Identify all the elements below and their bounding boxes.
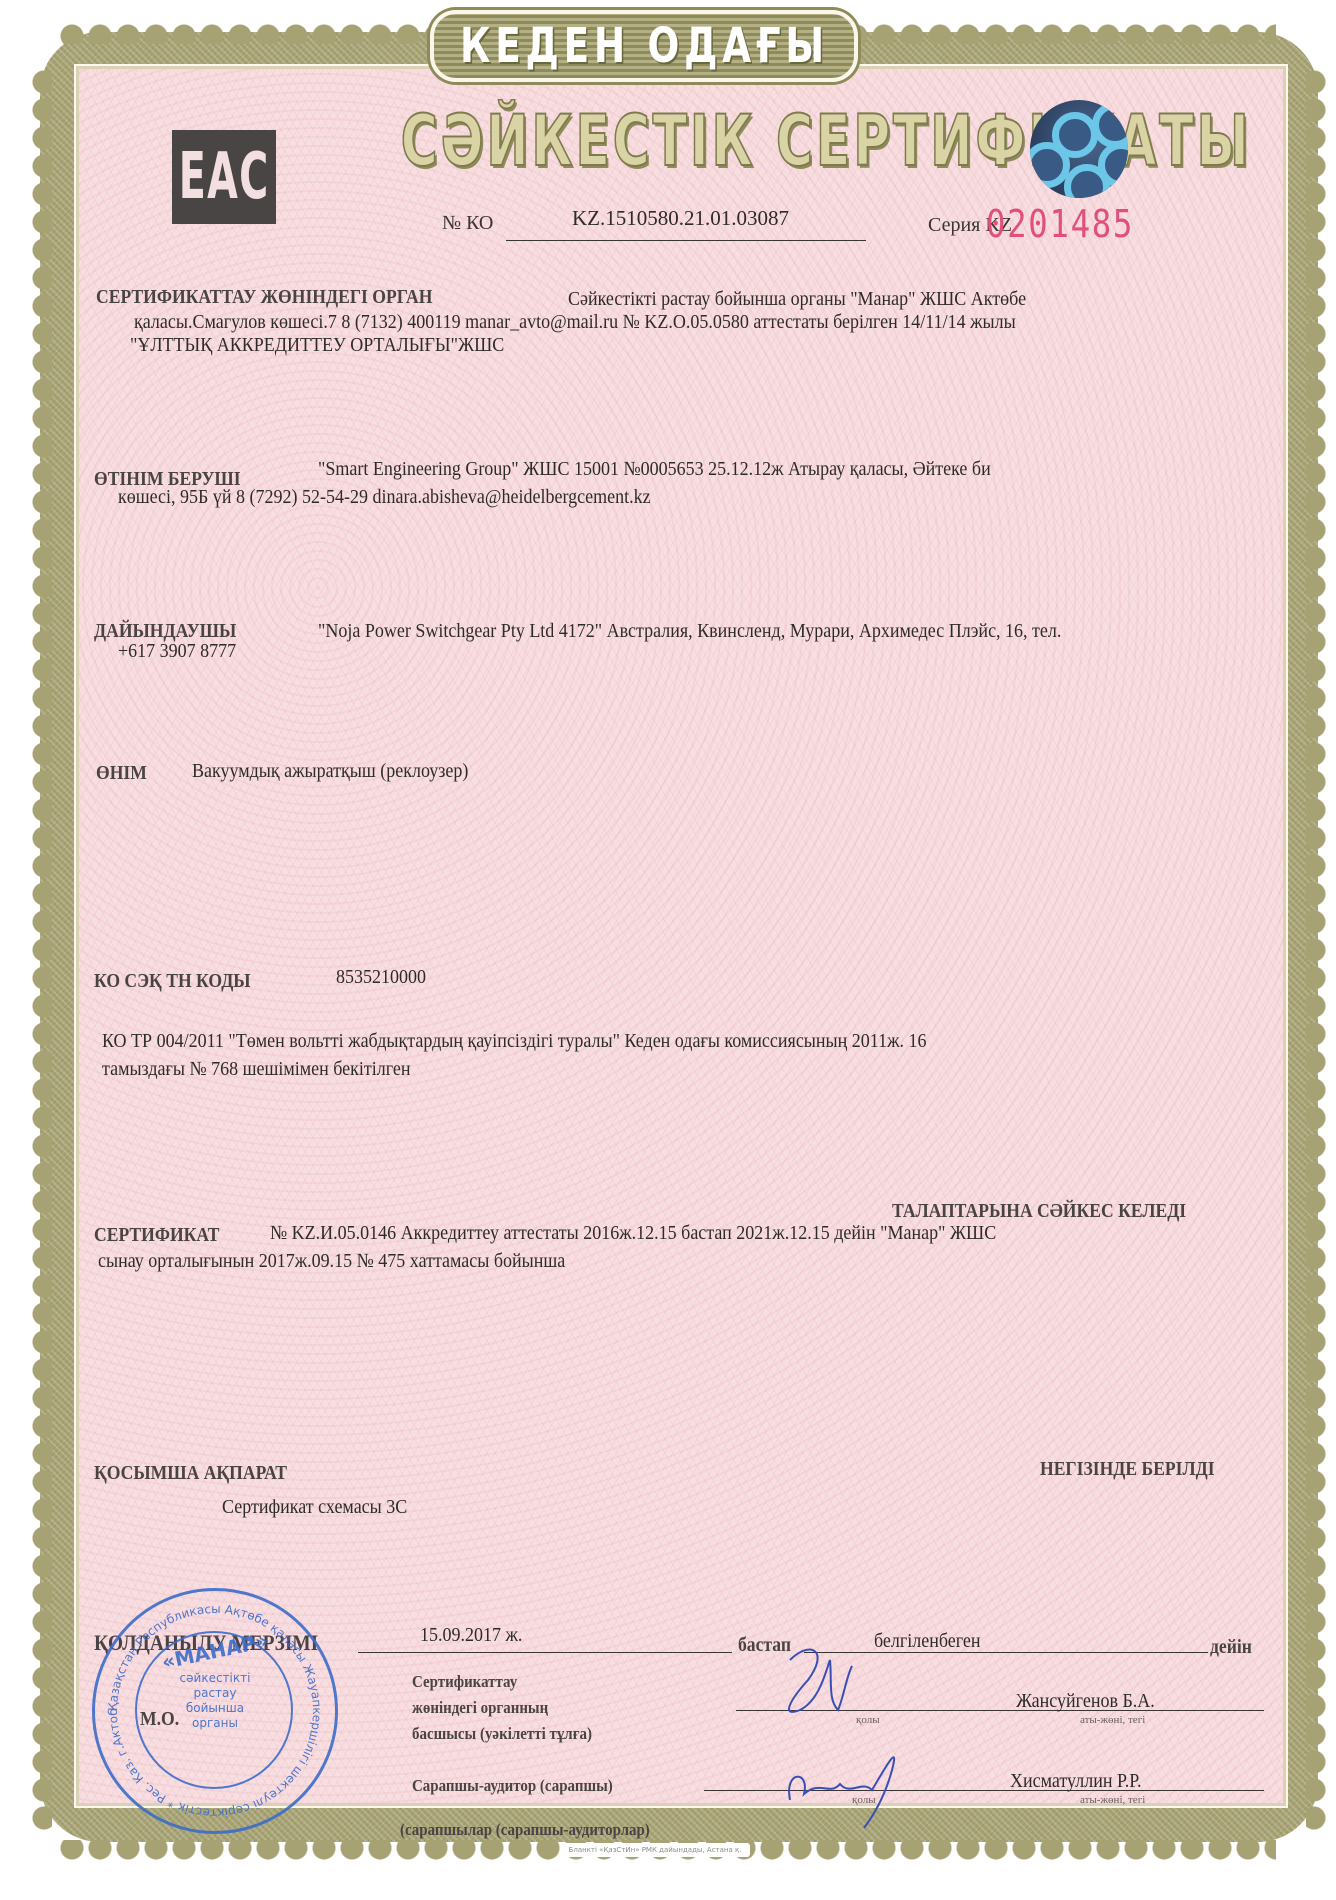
certification-body-line1: Сәйкестікті растау бойынша органы "Манар… [568,288,1026,311]
expert-name: Хисматуллин Р.Р. [1010,1770,1142,1793]
frame-scallop-left [30,70,52,1830]
banner-title: КЕДЕН ОДАҒЫ [460,18,829,74]
certification-body-line2: қаласы.Смагулов көшесі.7 8 (7132) 400119… [134,311,1016,334]
validity-from-line [358,1652,732,1653]
certification-body-line3: "ҰЛТТЫҚ АККРЕДИТТЕУ ОРТАЛЫҒЫ"ЖШС [130,334,504,357]
experts-caption: (сарапшылар (сарапшы-аудиторлар) [400,1820,650,1840]
certificate-basis-line1: № KZ.И.05.0146 Аккредиттеу аттестаты 201… [270,1222,996,1245]
head-name-caption: аты-жөні, тегі [1080,1714,1145,1726]
validity-to-line [804,1652,1208,1653]
certificate-basis-label: СЕРТИФИКАТ [94,1224,219,1247]
applicant-line2: көшесі, 95Б үй 8 (7292) 52-54-29 dinara.… [118,486,651,509]
product-name: Вакуумдық ажыратқыш (реклоузер) [192,760,468,783]
tn-code-label: КО СЭҚ ТН КОДЫ [94,970,251,993]
series-number: 0201485 [986,202,1134,246]
hologram-seal-icon [1030,100,1128,198]
expert-label: Сарапшы-аудитор (сарапшы) [412,1776,613,1796]
stamp-body-line: бойынша [95,1701,335,1716]
eac-logo: EAC [172,130,276,224]
expert-name-caption: аты-жөні, тегі [1080,1794,1145,1806]
additional-info-value: Сертификат схемасы 3С [222,1496,407,1519]
certificate-title: СӘЙКЕСТІК СЕРТИФИКАТЫ [401,100,919,182]
applicant-line1: "Smart Engineering Group" ЖШС 15001 №000… [318,458,991,481]
eac-logo-text: EAC [179,145,270,209]
head-name: Жансуйгенов Б.А. [1016,1690,1155,1713]
certificate-number-label: № КО [442,212,493,235]
stamp-body-line: органы [95,1716,335,1731]
validity-from-date: 15.09.2017 ж. [420,1624,522,1647]
stamp-body-line: сәйкестікті [95,1671,335,1686]
expert-signature-icon [780,1740,920,1830]
manufacturer-line1: "Noja Power Switchgear Pty Ltd 4172" Авс… [318,620,1061,643]
tn-code-value: 8535210000 [336,966,426,989]
regulation-line1: КО ТР 004/2011 "Төмен вольтті жабдықтард… [102,1030,927,1053]
stamp-body-line: растау [95,1686,335,1701]
conformity-statement: ТАЛАПТАРЫНА СӘЙКЕС КЕЛЕДІ [892,1200,1186,1223]
certificate-number: KZ.1510580.21.01.03087 [572,206,789,231]
product-label: ӨНІМ [96,762,147,785]
frame-scallop-right [1306,70,1328,1830]
certification-body-label: СЕРТИФИКАТТАУ ЖӨНІНДЕГІ ОРГАН [96,286,432,309]
head-signature-icon [770,1640,860,1730]
validity-to-label: дейін [1210,1636,1252,1659]
certificate-basis-line2: сынау орталығынын 2017ж.09.15 № 475 хатт… [98,1250,565,1273]
additional-info-label: ҚОСЫМША АҚПАРАТ [94,1462,287,1485]
customs-union-banner: КЕДЕН ОДАҒЫ [430,10,858,82]
head-label-1: Сертификаттау [412,1672,517,1692]
head-label-3: басшысы (уәкілетті тұлға) [412,1724,592,1744]
issued-on-basis-label: НЕГІЗІНДЕ БЕРІЛДІ [1040,1458,1215,1481]
official-stamp: Қазақстан Республикасы Ақтөбе қаласы Жау… [92,1588,338,1834]
manufacturer-line2: +617 3907 8777 [118,640,236,663]
head-label-2: жөніндегі органның [412,1698,548,1718]
printer-note: Бланкті «ҚазСтИн» РМК дайындады, Астана … [560,1843,750,1857]
certificate-number-underline [506,240,866,241]
validity-to-value: белгіленбеген [874,1630,981,1653]
stamp-body: сәйкестікті растау бойынша органы [95,1671,335,1731]
regulation-line2: тамыздағы № 768 шешімімен бекітілген [102,1058,411,1081]
